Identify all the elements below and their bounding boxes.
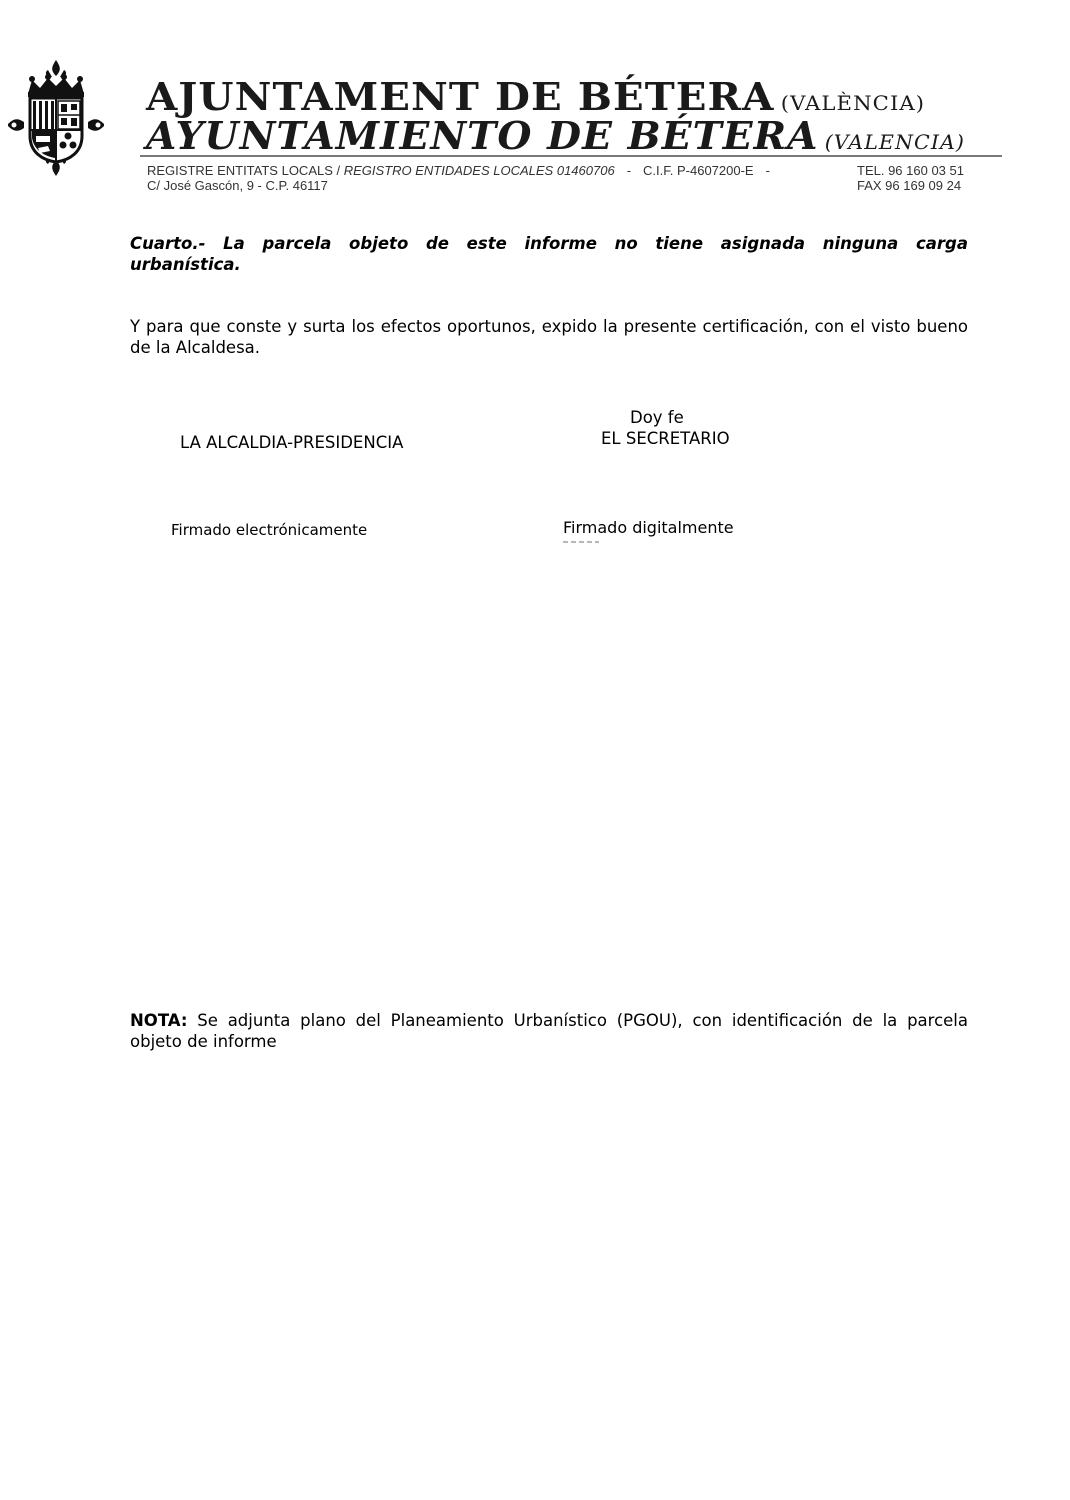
signature-title-secretary: EL SECRETARIO bbox=[601, 429, 730, 448]
signature-status-mayor: Firmado electrónicamente bbox=[171, 521, 367, 539]
clipped-signature-detail bbox=[563, 540, 599, 543]
signature-status-secretary: Firmado digitalmente bbox=[563, 518, 734, 537]
region-spanish: (VALENCIA) bbox=[825, 130, 965, 154]
cif-number: C.I.F. P-4607200-E bbox=[643, 163, 754, 178]
nota-text: Se adjunta plano del Planeamiento Urbaní… bbox=[130, 1011, 968, 1051]
signature-preamble-secretary: Doy fe bbox=[630, 408, 684, 427]
separator: - bbox=[766, 163, 770, 178]
paragraph-nota: NOTA: Se adjunta plano del Planeamiento … bbox=[130, 1010, 968, 1052]
registry-spanish: REGISTRO ENTIDADES LOCALES 01460706 bbox=[344, 163, 615, 178]
municipality-name-spanish: AYUNTAMIENTO DE BÉTERA bbox=[146, 113, 819, 158]
coat-of-arms-icon bbox=[4, 56, 108, 180]
nota-label: NOTA: bbox=[130, 1011, 187, 1030]
separator: - bbox=[627, 163, 631, 178]
paragraph-certification: Y para que conste y surta los efectos op… bbox=[130, 316, 968, 358]
signature-title-mayor: LA ALCALDIA-PRESIDENCIA bbox=[180, 433, 403, 452]
region-catalan: (VALÈNCIA) bbox=[781, 91, 925, 115]
telephone: TEL. 96 160 03 51 bbox=[857, 163, 964, 178]
fax: FAX 96 169 09 24 bbox=[857, 178, 961, 193]
registry-catalan: REGISTRE ENTITATS LOCALS / bbox=[147, 163, 340, 178]
registry-line: REGISTRE ENTITATS LOCALS / REGISTRO ENTI… bbox=[147, 163, 782, 178]
paragraph-cuarto: Cuarto.- La parcela objeto de este infor… bbox=[130, 233, 968, 275]
letterhead-divider bbox=[140, 155, 1002, 157]
address: C/ José Gascón, 9 - C.P. 46117 bbox=[147, 178, 328, 193]
letterhead-title-spanish: AYUNTAMIENTO DE BÉTERA(VALENCIA) bbox=[146, 113, 965, 158]
